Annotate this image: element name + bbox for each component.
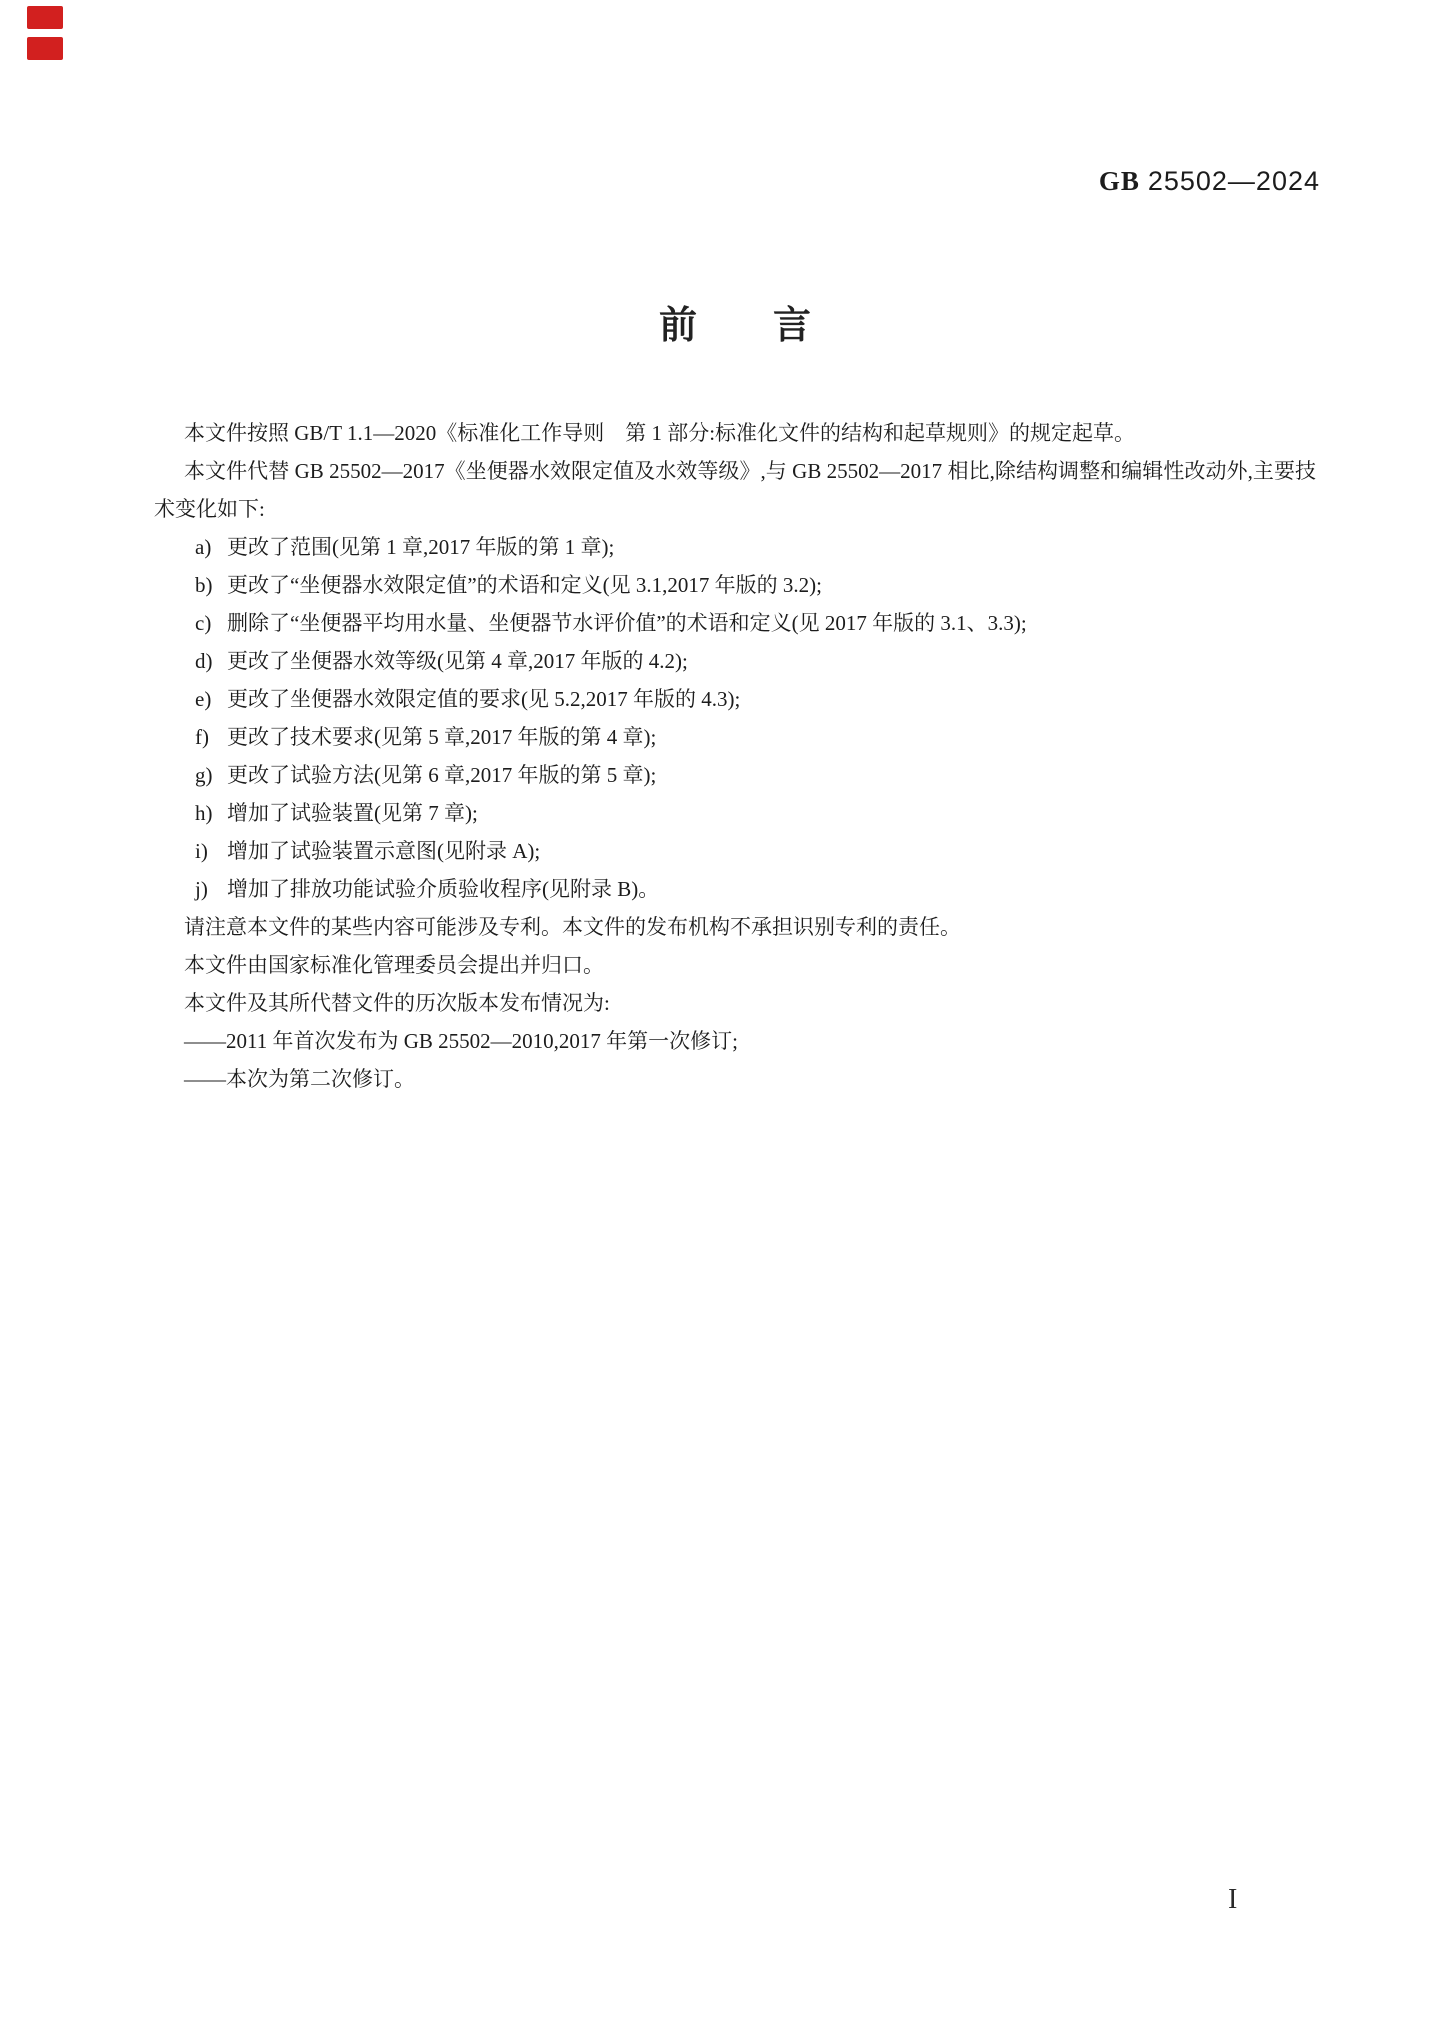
- red-stamp-mark-bottom: [27, 37, 63, 60]
- paragraph: 本文件代替 GB 25502—2017《坐便器水效限定值及水效等级》,与 GB …: [154, 452, 1316, 528]
- change-item-text: 更改了坐便器水效限定值的要求(见 5.2,2017 年版的 4.3);: [227, 680, 1316, 718]
- standard-number-prefix: GB: [1099, 166, 1140, 196]
- change-item-label: a): [195, 528, 227, 566]
- change-list-item: i)增加了试验装置示意图(见附录 A);: [195, 832, 1316, 870]
- change-item-label: c): [195, 604, 227, 642]
- change-item-text: 更改了试验方法(见第 6 章,2017 年版的第 5 章);: [227, 756, 1316, 794]
- change-item-label: i): [195, 832, 227, 870]
- intro-paragraphs: 本文件按照 GB/T 1.1—2020《标准化工作导则 第 1 部分:标准化文件…: [154, 414, 1316, 528]
- red-stamp-mark-top: [27, 6, 63, 29]
- change-list-item: g)更改了试验方法(见第 6 章,2017 年版的第 5 章);: [195, 756, 1316, 794]
- outro-paragraphs: 请注意本文件的某些内容可能涉及专利。本文件的发布机构不承担识别专利的责任。本文件…: [154, 908, 1316, 1098]
- change-item-label: f): [195, 718, 227, 756]
- paragraph: ——2011 年首次发布为 GB 25502—2010,2017 年第一次修订;: [154, 1022, 1316, 1060]
- page-title: 前 言: [154, 294, 1316, 349]
- standard-number-digits: 25502—2024: [1148, 166, 1320, 196]
- change-list-item: a)更改了范围(见第 1 章,2017 年版的第 1 章);: [195, 528, 1316, 566]
- change-item-label: j): [195, 870, 227, 908]
- change-item-text: 更改了“坐便器水效限定值”的术语和定义(见 3.1,2017 年版的 3.2);: [227, 566, 1316, 604]
- change-list-item: f)更改了技术要求(见第 5 章,2017 年版的第 4 章);: [195, 718, 1316, 756]
- change-item-text: 更改了技术要求(见第 5 章,2017 年版的第 4 章);: [227, 718, 1316, 756]
- change-item-label: g): [195, 756, 227, 794]
- change-item-text: 增加了试验装置示意图(见附录 A);: [227, 832, 1316, 870]
- paragraph: ——本次为第二次修订。: [154, 1060, 1316, 1098]
- change-list-item: c)删除了“坐便器平均用水量、坐便器节水评价值”的术语和定义(见 2017 年版…: [195, 604, 1316, 642]
- paragraph: 本文件由国家标准化管理委员会提出并归口。: [154, 946, 1316, 984]
- change-item-text: 增加了试验装置(见第 7 章);: [227, 794, 1316, 832]
- change-item-text: 删除了“坐便器平均用水量、坐便器节水评价值”的术语和定义(见 2017 年版的 …: [227, 604, 1316, 642]
- document-body: 本文件按照 GB/T 1.1—2020《标准化工作导则 第 1 部分:标准化文件…: [154, 414, 1316, 1098]
- change-item-label: e): [195, 680, 227, 718]
- change-item-label: h): [195, 794, 227, 832]
- document-page: GB25502—2024 前 言 本文件按照 GB/T 1.1—2020《标准化…: [0, 0, 1445, 2043]
- paragraph: 本文件按照 GB/T 1.1—2020《标准化工作导则 第 1 部分:标准化文件…: [154, 414, 1316, 452]
- change-item-label: b): [195, 566, 227, 604]
- change-list-item: j)增加了排放功能试验介质验收程序(见附录 B)。: [195, 870, 1316, 908]
- paragraph: 本文件及其所代替文件的历次版本发布情况为:: [154, 984, 1316, 1022]
- change-item-text: 更改了范围(见第 1 章,2017 年版的第 1 章);: [227, 528, 1316, 566]
- change-item-label: d): [195, 642, 227, 680]
- page-number: I: [1228, 1884, 1237, 1916]
- standard-number: GB25502—2024: [1099, 166, 1320, 197]
- change-list-item: b)更改了“坐便器水效限定值”的术语和定义(见 3.1,2017 年版的 3.2…: [195, 566, 1316, 604]
- changes-list: a)更改了范围(见第 1 章,2017 年版的第 1 章);b)更改了“坐便器水…: [154, 528, 1316, 908]
- change-list-item: d)更改了坐便器水效等级(见第 4 章,2017 年版的 4.2);: [195, 642, 1316, 680]
- change-item-text: 更改了坐便器水效等级(见第 4 章,2017 年版的 4.2);: [227, 642, 1316, 680]
- paragraph: 请注意本文件的某些内容可能涉及专利。本文件的发布机构不承担识别专利的责任。: [154, 908, 1316, 946]
- change-item-text: 增加了排放功能试验介质验收程序(见附录 B)。: [227, 870, 1316, 908]
- change-list-item: e)更改了坐便器水效限定值的要求(见 5.2,2017 年版的 4.3);: [195, 680, 1316, 718]
- change-list-item: h)增加了试验装置(见第 7 章);: [195, 794, 1316, 832]
